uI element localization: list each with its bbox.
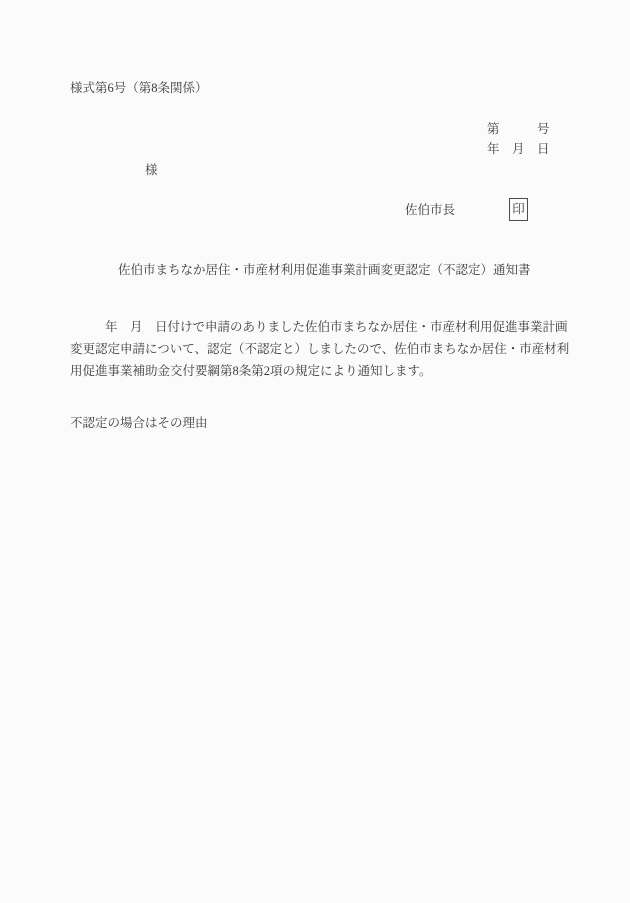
seal-label: 印 bbox=[512, 200, 525, 218]
document-page: 様式第6号（第8条関係） 第 号 年 月 日 様 佐伯市長 印 佐伯市まちなか居… bbox=[0, 0, 630, 903]
document-title: 佐伯市まちなか居住・市産材利用促進事業計画変更認定（不認定）通知書 bbox=[118, 261, 531, 279]
body-line-3: 用促進事業補助金交付要綱第8条第2項の規定により通知します。 bbox=[70, 360, 570, 382]
reason-label: 不認定の場合はその理由 bbox=[70, 414, 208, 432]
form-number: 様式第6号（第8条関係） bbox=[70, 79, 208, 97]
seal-box: 印 bbox=[509, 198, 528, 221]
sender-title: 佐伯市長 bbox=[405, 201, 455, 219]
body-line-1: 年 月 日付けで申請のありました佐伯市まちなか居住・市産材利用促進事業計画 bbox=[70, 316, 570, 338]
document-number-line: 第 号 bbox=[487, 120, 550, 138]
body-line-2: 変更認定申請について、認定（不認定と）しましたので、佐伯市まちなか居住・市産材利 bbox=[70, 338, 570, 360]
body-paragraph: 年 月 日付けで申請のありました佐伯市まちなか居住・市産材利用促進事業計画 変更… bbox=[70, 316, 570, 382]
date-line: 年 月 日 bbox=[487, 140, 550, 158]
addressee-label: 様 bbox=[145, 161, 158, 179]
